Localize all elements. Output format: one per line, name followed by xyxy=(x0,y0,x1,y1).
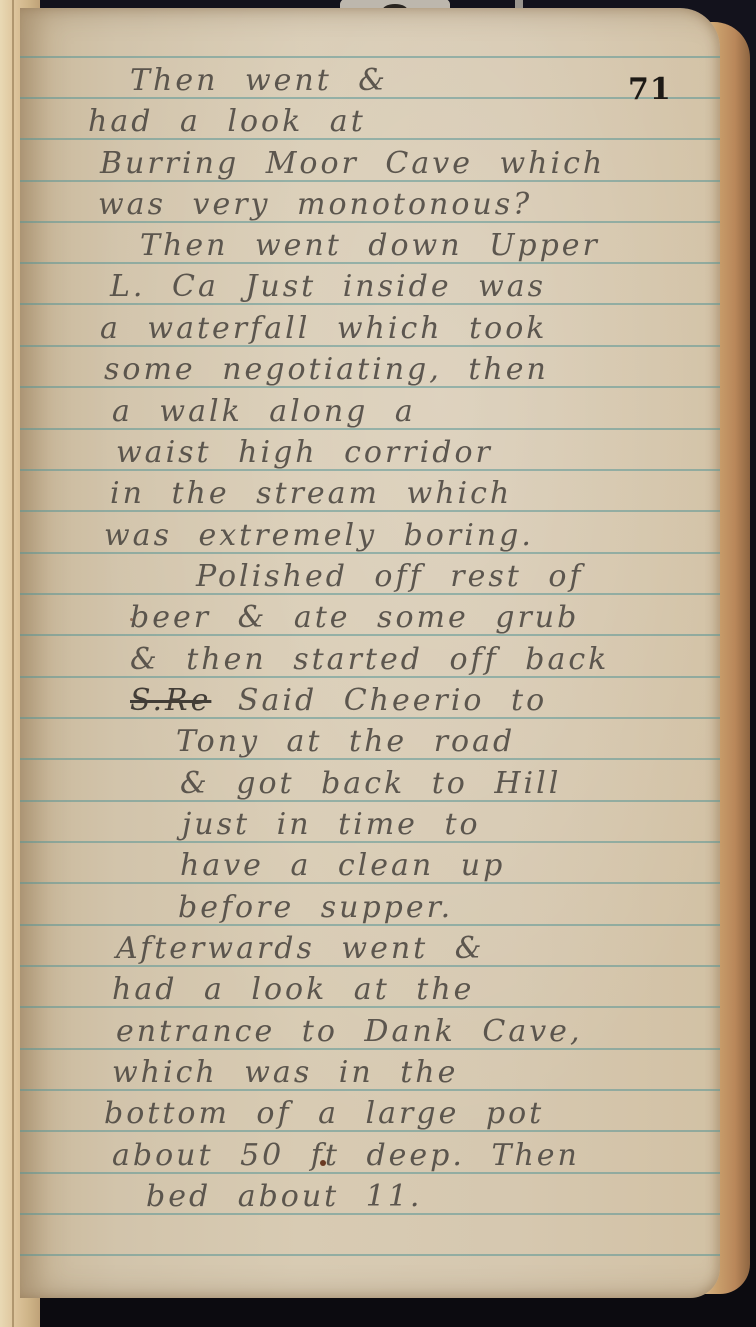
line-text: Then went down Upper xyxy=(140,228,600,263)
line-text: Polished off rest of xyxy=(196,559,583,594)
line-text: had a look at the xyxy=(112,972,474,1007)
handwritten-line: bottom of a large pot xyxy=(104,1096,544,1131)
handwritten-line: just in time to xyxy=(182,807,481,842)
ink-spot xyxy=(320,1160,326,1166)
handwritten-line: some negotiating, then xyxy=(104,352,549,387)
line-text: Then went & xyxy=(130,63,388,98)
line-text: bed about 11. xyxy=(146,1179,422,1214)
handwritten-line: had a look at the xyxy=(112,972,474,1007)
rule-line xyxy=(20,56,720,58)
rule-line xyxy=(20,1254,720,1256)
handwritten-line: Burring Moor Cave which xyxy=(100,146,605,181)
handwritten-line: was extremely boring. xyxy=(104,518,534,553)
handwritten-line: have a clean up xyxy=(180,848,505,883)
line-text: some negotiating, then xyxy=(104,352,549,387)
line-text: in the stream which xyxy=(110,476,512,511)
handwritten-line: & then started off back xyxy=(130,642,609,677)
line-text: bottom of a large pot xyxy=(104,1096,544,1131)
line-text: about 50 ft deep. Then xyxy=(112,1138,580,1173)
line-text: before supper. xyxy=(178,890,453,925)
line-text: Said Cheerio to xyxy=(238,683,547,718)
handwritten-line: S.Re Said Cheerio to xyxy=(130,683,547,718)
handwritten-line: Tony at the road xyxy=(176,724,515,759)
handwritten-line: Then went & xyxy=(130,63,388,98)
handwritten-line: a waterfall which took xyxy=(100,311,547,346)
line-text: was very monotonous? xyxy=(98,187,532,222)
line-text: just in time to xyxy=(182,807,481,842)
line-text: & then started off back xyxy=(130,642,609,677)
handwritten-line: entrance to Dank Cave, xyxy=(116,1014,582,1049)
handwritten-line: was very monotonous? xyxy=(98,187,532,222)
handwritten-line: waist high corridor xyxy=(116,435,493,470)
handwritten-line: L. Ca Just inside was xyxy=(110,269,546,304)
line-text: a waterfall which took xyxy=(100,311,547,346)
handwritten-line: a walk along a xyxy=(112,394,416,429)
struck-word: S.Re xyxy=(130,683,211,718)
line-text: was extremely boring. xyxy=(104,518,534,553)
handwritten-line: beer & ate some grub xyxy=(130,600,579,635)
line-text: entrance to Dank Cave, xyxy=(116,1014,582,1049)
notebook-page: 71 Then went &had a look atBurring Moor … xyxy=(20,8,720,1298)
line-text: & got back to Hill xyxy=(180,766,561,801)
page-number: 71 xyxy=(628,72,672,107)
handwritten-line: which was in the xyxy=(112,1055,458,1090)
handwritten-line: Then went down Upper xyxy=(140,228,600,263)
handwritten-line: Polished off rest of xyxy=(196,559,583,594)
handwritten-line: in the stream which xyxy=(110,476,512,511)
handwritten-line: bed about 11. xyxy=(146,1179,422,1214)
line-text: beer & ate some grub xyxy=(130,600,579,635)
handwritten-line: Afterwards went & xyxy=(116,931,484,966)
handwritten-line: before supper. xyxy=(178,890,453,925)
line-text: Afterwards went & xyxy=(116,931,484,966)
line-text: have a clean up xyxy=(180,848,505,883)
line-text: which was in the xyxy=(112,1055,458,1090)
line-text: had a look at xyxy=(88,104,366,139)
handwritten-line: & got back to Hill xyxy=(180,766,561,801)
handwritten-line: had a look at xyxy=(88,104,366,139)
handwritten-line: about 50 ft deep. Then xyxy=(112,1138,580,1173)
notebook-photo: 71 Then went &had a look atBurring Moor … xyxy=(0,0,756,1327)
line-text: Tony at the road xyxy=(176,724,515,759)
line-text: waist high corridor xyxy=(116,435,493,470)
line-text: L. Ca Just inside was xyxy=(110,269,546,304)
line-text: Burring Moor Cave which xyxy=(100,146,605,181)
line-text: a walk along a xyxy=(112,394,416,429)
paper-speck xyxy=(130,618,133,621)
